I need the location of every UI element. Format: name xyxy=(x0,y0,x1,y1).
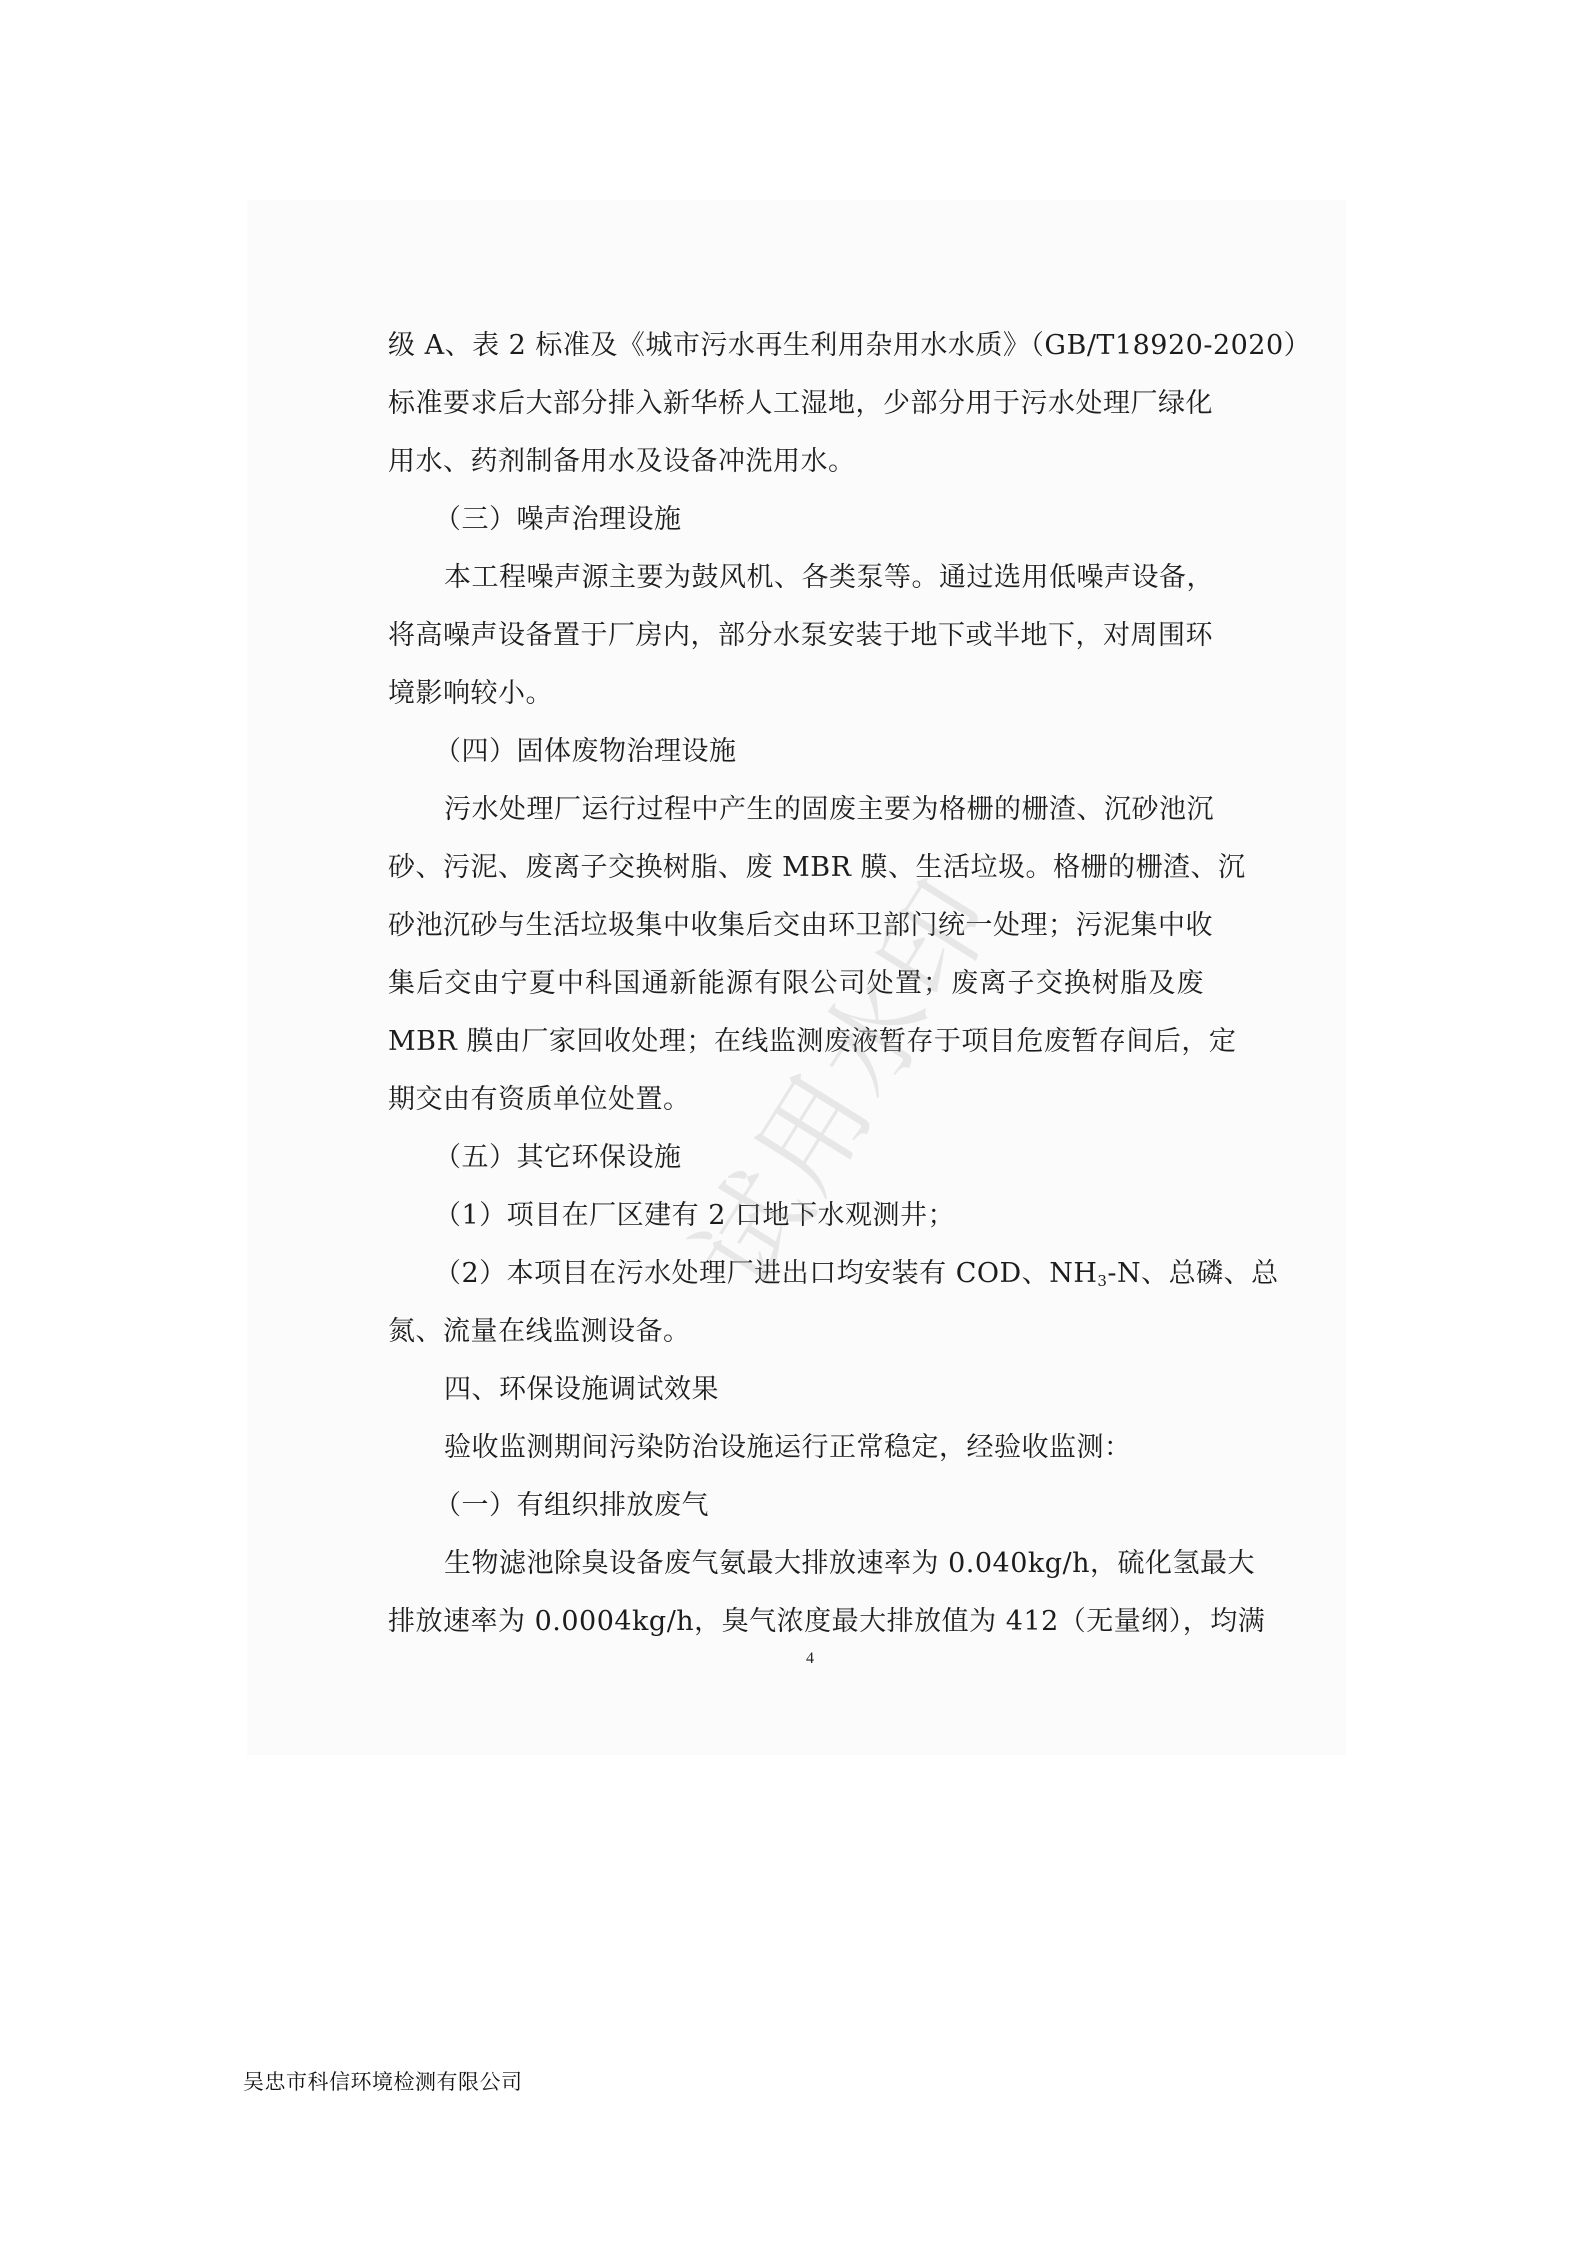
paragraph-line: 污水处理厂运行过程中产生的固废主要为格栅的栅渣、沉砂池沉 xyxy=(388,790,1204,848)
paragraph-line: 期交由有资质单位处置。 xyxy=(388,1080,1204,1138)
paragraph-line: 级 A、表 2 标准及《城市污水再生利用杂用水水质》（GB/T18920-202… xyxy=(388,326,1204,384)
list-item-groundwater-wells: （1）项目在厂区建有 2 口地下水观测井； xyxy=(388,1196,1204,1254)
paragraph-line: 集后交由宁夏中科国通新能源有限公司处置；废离子交换树脂及废 xyxy=(388,964,1204,1022)
section-heading-other-facilities: （五）其它环保设施 xyxy=(388,1138,1204,1196)
paragraph-line: 用水、药剂制备用水及设备冲洗用水。 xyxy=(388,442,1204,500)
footer-company-name: 吴忠市科信环境检测有限公司 xyxy=(243,2066,523,2096)
paragraph-line: MBR 膜由厂家回收处理；在线监测废液暂存于项目危废暂存间后，定 xyxy=(388,1022,1204,1080)
list-item-online-monitoring: （2）本项目在污水处理厂进出口均安装有 COD、NH3-N、总磷、总 xyxy=(388,1254,1204,1312)
paragraph-line: 验收监测期间污染防治设施运行正常稳定，经验收监测： xyxy=(388,1428,1204,1486)
paragraph-line: 排放速率为 0.0004kg/h，臭气浓度最大排放值为 412（无量纲），均满 xyxy=(388,1602,1204,1660)
paragraph-line: 生物滤池除臭设备废气氨最大排放速率为 0.040kg/h，硫化氢最大 xyxy=(388,1544,1204,1602)
paragraph-line: 本工程噪声源主要为鼓风机、各类泵等。通过选用低噪声设备， xyxy=(388,558,1204,616)
line-text-before: （2）本项目在污水处理厂进出口均安装有 COD、NH xyxy=(434,1258,1097,1289)
section-heading-organized-emission: （一）有组织排放废气 xyxy=(388,1486,1204,1544)
document-body: 级 A、表 2 标准及《城市污水再生利用杂用水水质》（GB/T18920-202… xyxy=(388,326,1204,1660)
paragraph-line: 氮、流量在线监测设备。 xyxy=(388,1312,1204,1370)
line-text-after: -N、总磷、总 xyxy=(1107,1258,1278,1289)
paragraph-line: 标准要求后大部分排入新华桥人工湿地，少部分用于污水处理厂绿化 xyxy=(388,384,1204,442)
paragraph-line: 砂池沉砂与生活垃圾集中收集后交由环卫部门统一处理；污泥集中收 xyxy=(388,906,1204,964)
section-heading-debug-effects: 四、环保设施调试效果 xyxy=(388,1370,1204,1428)
section-heading-solid-waste: （四）固体废物治理设施 xyxy=(388,732,1204,790)
subscript: 3 xyxy=(1097,1272,1107,1290)
page-number: 4 xyxy=(806,1650,814,1668)
paragraph-line: 境影响较小。 xyxy=(388,674,1204,732)
paragraph-line: 将高噪声设备置于厂房内，部分水泵安装于地下或半地下，对周围环 xyxy=(388,616,1204,674)
section-heading-noise: （三）噪声治理设施 xyxy=(388,500,1204,558)
paragraph-line: 砂、污泥、废离子交换树脂、废 MBR 膜、生活垃圾。格栅的栅渣、沉 xyxy=(388,848,1204,906)
